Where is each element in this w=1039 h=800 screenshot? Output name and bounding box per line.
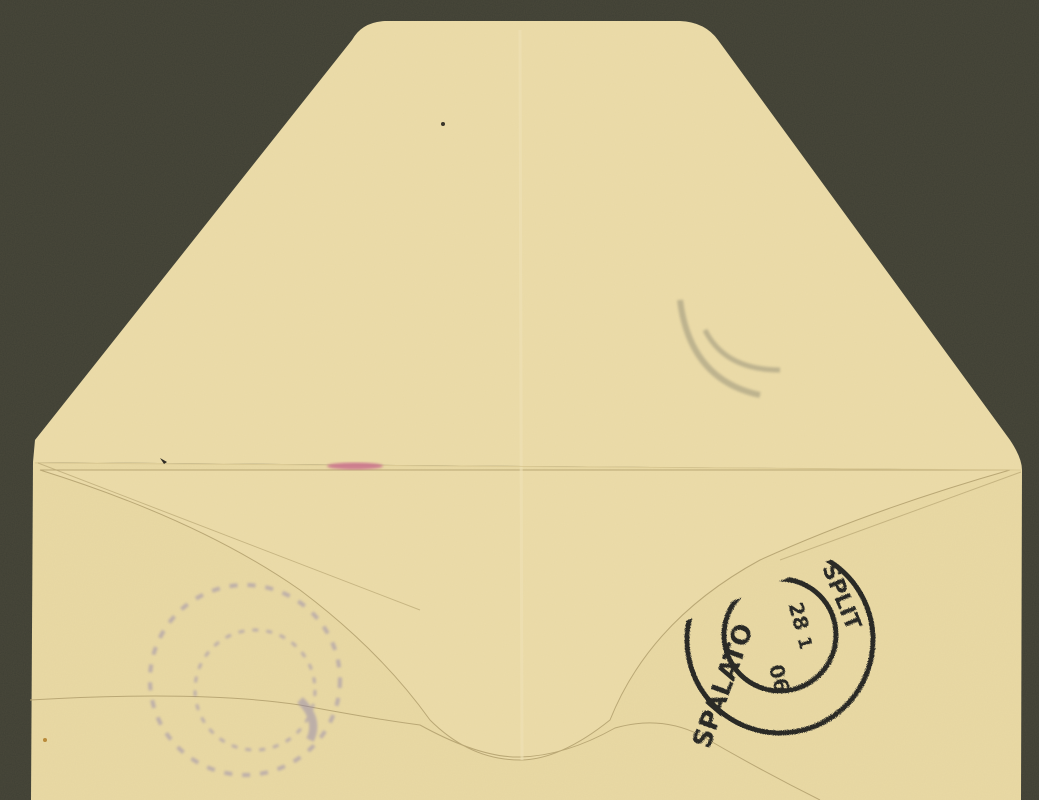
envelope-illustration: SPLIT SPALATO 28 1 06 xyxy=(0,0,1039,800)
speck xyxy=(43,738,47,742)
envelope-photo: SPLIT SPALATO 28 1 06 xyxy=(0,0,1039,800)
pink-smudge xyxy=(327,463,383,470)
center-crease xyxy=(520,30,522,760)
speck xyxy=(441,122,445,126)
